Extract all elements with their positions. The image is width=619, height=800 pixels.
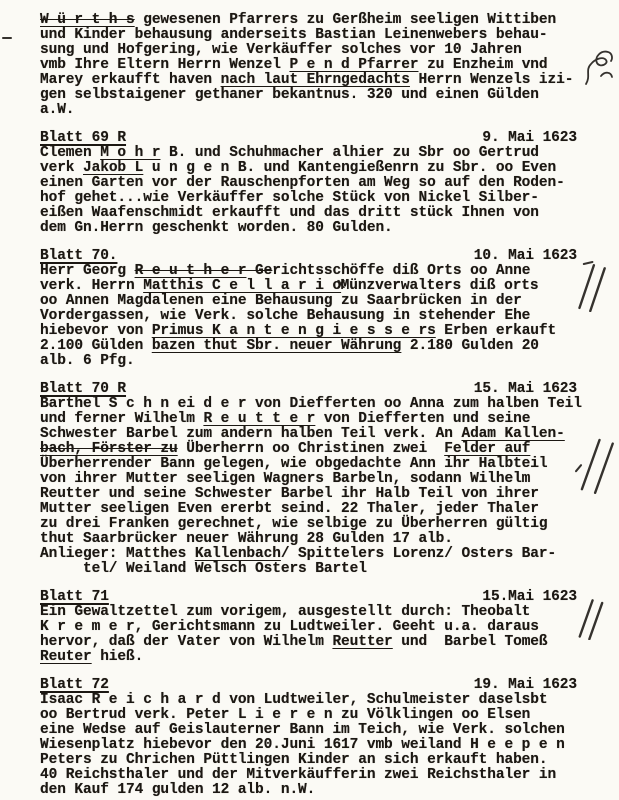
text-line: Isaac R e i c h a r d von Ludtweiler, Sc…: [40, 693, 577, 708]
text-line: Marey erkaufft haven nach laut Ehrngedac…: [40, 73, 577, 88]
text-line: sung und Hofgering, wie Verkäuffer solch…: [40, 43, 577, 58]
text-segment: dem Gn.Herrn geschenkt worden. 80 Gulden…: [40, 220, 393, 236]
text-line: Schwester Barbel zum andern halben Teil …: [40, 427, 577, 442]
blatt-header: Blatt 70.: [40, 249, 117, 264]
text-segment: a.W.: [40, 102, 74, 118]
text-segment: Herr Georg: [40, 263, 135, 279]
text-segment: Primus K a n t e n g i e s s e rs: [152, 323, 436, 339]
text-line: alb. 6 Pfg.: [40, 354, 577, 369]
text-segment: M o h r: [100, 145, 160, 161]
text-segment: bach, Förster zu: [40, 441, 178, 457]
text-segment: tel/ Weiland Welsch Osters Bartel: [40, 561, 367, 577]
text-line: W ü r t h s gewesenen Pfarrers zu Gerßhe…: [40, 13, 577, 28]
text-line: und ferner Wilhelm R e u t t e r von Die…: [40, 412, 577, 427]
text-segment: Felder auf: [444, 441, 530, 457]
text-segment: Herrn Wenzels izi-: [410, 72, 573, 88]
text-segment: Schwester Barbel zum andern halben Teil …: [40, 426, 461, 442]
text-segment: Reutter und seine Schwester Barbel ihr H…: [40, 486, 539, 502]
blatt-header: Blatt 72: [40, 678, 109, 693]
entry-header-row: Blatt 7219. Mai 1623: [40, 678, 577, 693]
text-segment: Kallenbach: [195, 546, 281, 562]
text-segment: gen selbstaigener gethaner bekantnus. 32…: [40, 87, 539, 103]
text-segment: richtsschöffe diß Orts oo Anne: [272, 263, 530, 279]
text-line: Vordergassen, wie Verk. solche Behausung…: [40, 309, 577, 324]
text-segment: Isaac R e i c h a r d von Ludtweiler, Sc…: [40, 692, 547, 708]
text-line: oo Annen Magdalenen eine Behausung zu Sa…: [40, 294, 577, 309]
text-segment: Barthel S c h n ei d e r von Diefferten …: [40, 396, 582, 412]
text-line: Reuter hieß.: [40, 650, 577, 665]
text-line: vmb Ihre Eltern Herrn Wenzel P e n d Pfa…: [40, 58, 577, 73]
text-segment: zu Enzheim vnd: [418, 57, 547, 73]
entry-block: Blatt 7115.Mai 1623Ein Gewaltzettel zum …: [40, 590, 577, 665]
entry-block: Blatt 70.10. Mai 1623Herr Georg R e u t …: [40, 249, 577, 369]
text-line: von ihrer Mutter seeligen Wagners Barbel…: [40, 472, 577, 487]
blatt-header: Blatt 70 R: [40, 382, 126, 397]
text-line: verk Jakob L u n g e n B. und Kantengieß…: [40, 161, 577, 176]
text-segment: und Kinder behausung anderseits Bastian …: [40, 27, 547, 43]
entry-block: Blatt 70 R15. Mai 1623Barthel S c h n ei…: [40, 382, 577, 577]
text-line: eißen Waafenschmidt erkaufft und das dri…: [40, 206, 577, 221]
text-segment: W ü r t h s: [40, 12, 135, 28]
handwritten-scribble-mark: [582, 46, 616, 88]
text-segment: Peters zu Chrichen Püttlingen Kinder an …: [40, 752, 547, 768]
text-segment: von Diefferten und seine: [315, 411, 530, 427]
text-segment: verk. Herrn: [40, 278, 143, 294]
entry-date: 9. Mai 1623: [482, 131, 577, 146]
text-line: den Kauf 174 gulden 12 alb. n.W.: [40, 783, 577, 798]
text-segment: einen Garten vor der Rauschenpforten am …: [40, 175, 565, 191]
blatt-header: Blatt 69 R: [40, 131, 126, 146]
text-line: tel/ Weiland Welsch Osters Bartel: [40, 562, 577, 577]
text-segment: R e u t t e r: [203, 411, 315, 427]
text-line: gen selbstaigener gethaner bekantnus. 32…: [40, 88, 577, 103]
text-segment: thut Saarbrücker neuer Währung 28 Gulden…: [40, 531, 453, 547]
text-segment: zu drei Franken gerechnet, wie selbige z…: [40, 516, 547, 532]
margin-dash-mark: [2, 36, 12, 40]
text-segment: hiebevor von: [40, 323, 152, 339]
text-segment: K r e m e r, Gerichtsmann zu Ludtweiler.…: [40, 619, 539, 635]
text-line: hervor, daß der Vater von Wilhelm Reutte…: [40, 635, 577, 650]
text-segment: eine Wedse auf Geislauterner Bann im Tei…: [40, 722, 565, 738]
text-segment: Überherrn oo Christinen zwei: [178, 441, 445, 457]
text-line: verk. Herrn Matthis C e l l a r i oxMünz…: [40, 279, 577, 294]
text-line: einen Garten vor der Rauschenpforten am …: [40, 176, 577, 191]
text-segment: Vordergassen, wie Verk. solche Behausung…: [40, 308, 530, 324]
text-segment: B. und Schuhmacher alhier zu Sbr oo Gert…: [160, 145, 538, 161]
text-segment: Reutter: [332, 634, 392, 650]
text-segment: Adam Kallen-: [461, 426, 564, 442]
text-segment: 2.180 Gulden 20: [401, 338, 539, 354]
text-line: a.W.: [40, 103, 577, 118]
intro-paragraph: W ü r t h s gewesenen Pfarrers zu Gerßhe…: [40, 13, 577, 118]
entry-block: Blatt 69 R9. Mai 1623Clemen M o h r B. u…: [40, 131, 577, 236]
text-segment: hervor, daß der Vater von Wilhelm: [40, 634, 332, 650]
text-segment: Münzverwalters diß orts: [341, 278, 539, 294]
text-line: hiebevor von Primus K a n t e n g i e s …: [40, 324, 577, 339]
text-segment: von ihrer Mutter seeligen Wagners Barbel…: [40, 471, 530, 487]
text-line: Überherrender Bann gelegen, wie obgedach…: [40, 457, 577, 472]
text-segment: eißen Waafenschmidt erkaufft und das dri…: [40, 205, 539, 221]
text-line: Anlieger: Matthes Kallenbach/ Spittelers…: [40, 547, 577, 562]
text-segment: sung und Hofgering, wie Verkäuffer solch…: [40, 42, 522, 58]
text-line: K r e m e r, Gerichtsmann zu Ludtweiler.…: [40, 620, 577, 635]
text-line: Herr Georg R e u t h e r Gerichtsschöffe…: [40, 264, 577, 279]
text-line: thut Saarbrücker neuer Währung 28 Gulden…: [40, 532, 577, 547]
text-line: Ein Gewaltzettel zum vorigem, ausgestell…: [40, 605, 577, 620]
text-line: oo Bertrud verk. Peter L i e r e n zu Vö…: [40, 708, 577, 723]
entry-date: 10. Mai 1623: [474, 249, 577, 264]
text-segment: / Spittelers Lorenz/ Osters Bar-: [281, 546, 556, 562]
text-segment: 2.100 Gülden: [40, 338, 152, 354]
text-line: bach, Förster zu Überherrn oo Christinen…: [40, 442, 577, 457]
text-line: hof gehet...wie Verkäuffer solche Stück …: [40, 191, 577, 206]
text-segment: Marey erkaufft haven: [40, 72, 221, 88]
text-segment: x: [337, 278, 346, 293]
text-line: 40 Reichsthaler und der Mitverkäufferin …: [40, 768, 577, 783]
text-line: Wiesenplatz hiebevor den 20.Juni 1617 vm…: [40, 738, 577, 753]
text-segment: Wiesenplatz hiebevor den 20.Juni 1617 vm…: [40, 737, 565, 753]
handwritten-double-slash-mark: [574, 434, 618, 494]
text-segment: R e u t h e r: [135, 263, 247, 279]
handwritten-double-slash-mark: [573, 260, 609, 312]
text-segment: hof gehet...wie Verkäuffer solche Stück …: [40, 190, 539, 206]
entry-date: 15. Mai 1623: [474, 382, 577, 397]
text-segment: hieß.: [92, 649, 144, 665]
text-segment: und Barbel Tomeß: [393, 634, 548, 650]
text-segment: Ge: [246, 263, 272, 279]
text-segment: Überherrender Bann gelegen, wie obgedach…: [40, 456, 547, 472]
entry-header-row: Blatt 69 R9. Mai 1623: [40, 131, 577, 146]
document-body: W ü r t h s gewesenen Pfarrers zu Gerßhe…: [40, 13, 577, 798]
blatt-header: Blatt 71: [40, 590, 109, 605]
text-line: dem Gn.Herrn geschenkt worden. 80 Gulden…: [40, 221, 577, 236]
text-segment: Erben erkauft: [436, 323, 556, 339]
scanned-document-page: W ü r t h s gewesenen Pfarrers zu Gerßhe…: [0, 0, 619, 800]
entry-header-row: Blatt 70.10. Mai 1623: [40, 249, 577, 264]
text-segment: Ein Gewaltzettel zum vorigem, ausgestell…: [40, 604, 530, 620]
text-segment: oo Bertrud verk. Peter L i e r e n zu Vö…: [40, 707, 530, 723]
text-line: Reutter und seine Schwester Barbel ihr H…: [40, 487, 577, 502]
text-segment: alb. 6 Pfg.: [40, 353, 135, 369]
entry-header-row: Blatt 70 R15. Mai 1623: [40, 382, 577, 397]
entry-block: Blatt 7219. Mai 1623Isaac R e i c h a r …: [40, 678, 577, 798]
text-segment: gewesenen Pfarrers zu Gerßheim seeligen …: [135, 12, 556, 28]
text-line: und Kinder behausung anderseits Bastian …: [40, 28, 577, 43]
text-segment: Jakob L: [83, 160, 143, 176]
text-segment: vmb Ihre Eltern Herrn Wenzel: [40, 57, 289, 73]
text-segment: bazen thut Sbr. neuer Währung: [152, 338, 401, 354]
text-segment: oo Annen Magdalenen eine Behausung zu Sa…: [40, 293, 522, 309]
text-segment: den Kauf 174 gulden 12 alb. n.W.: [40, 782, 315, 798]
text-segment: 40 Reichsthaler und der Mitverkäufferin …: [40, 767, 556, 783]
text-line: 2.100 Gülden bazen thut Sbr. neuer Währu…: [40, 339, 577, 354]
text-segment: Reuter: [40, 649, 92, 665]
text-segment: und ferner Wilhelm: [40, 411, 203, 427]
text-line: eine Wedse auf Geislauterner Bann im Tei…: [40, 723, 577, 738]
entry-date: 15.Mai 1623: [482, 590, 577, 605]
handwritten-double-slash-mark: [574, 596, 606, 640]
text-segment: Matthis C e l l a r i o: [143, 278, 341, 294]
text-line: Barthel S c h n ei d e r von Diefferten …: [40, 397, 577, 412]
text-segment: Clemen: [40, 145, 100, 161]
text-segment: u n g e n B. und Kantengießenrn zu Sbr. …: [143, 160, 556, 176]
text-line: zu drei Franken gerechnet, wie selbige z…: [40, 517, 577, 532]
text-segment: Anlieger: Matthes: [40, 546, 195, 562]
text-line: Peters zu Chrichen Püttlingen Kinder an …: [40, 753, 577, 768]
entry-header-row: Blatt 7115.Mai 1623: [40, 590, 577, 605]
text-line: Mutter seeligen Even ererbt seind. 22 Th…: [40, 502, 577, 517]
text-segment: nach laut Ehrngedachts: [221, 72, 410, 88]
text-segment: P e n d Pfarrer: [289, 57, 418, 73]
entry-date: 19. Mai 1623: [474, 678, 577, 693]
text-segment: verk: [40, 160, 83, 176]
text-segment: Mutter seeligen Even ererbt seind. 22 Th…: [40, 501, 539, 517]
text-line: Clemen M o h r B. und Schuhmacher alhier…: [40, 146, 577, 161]
